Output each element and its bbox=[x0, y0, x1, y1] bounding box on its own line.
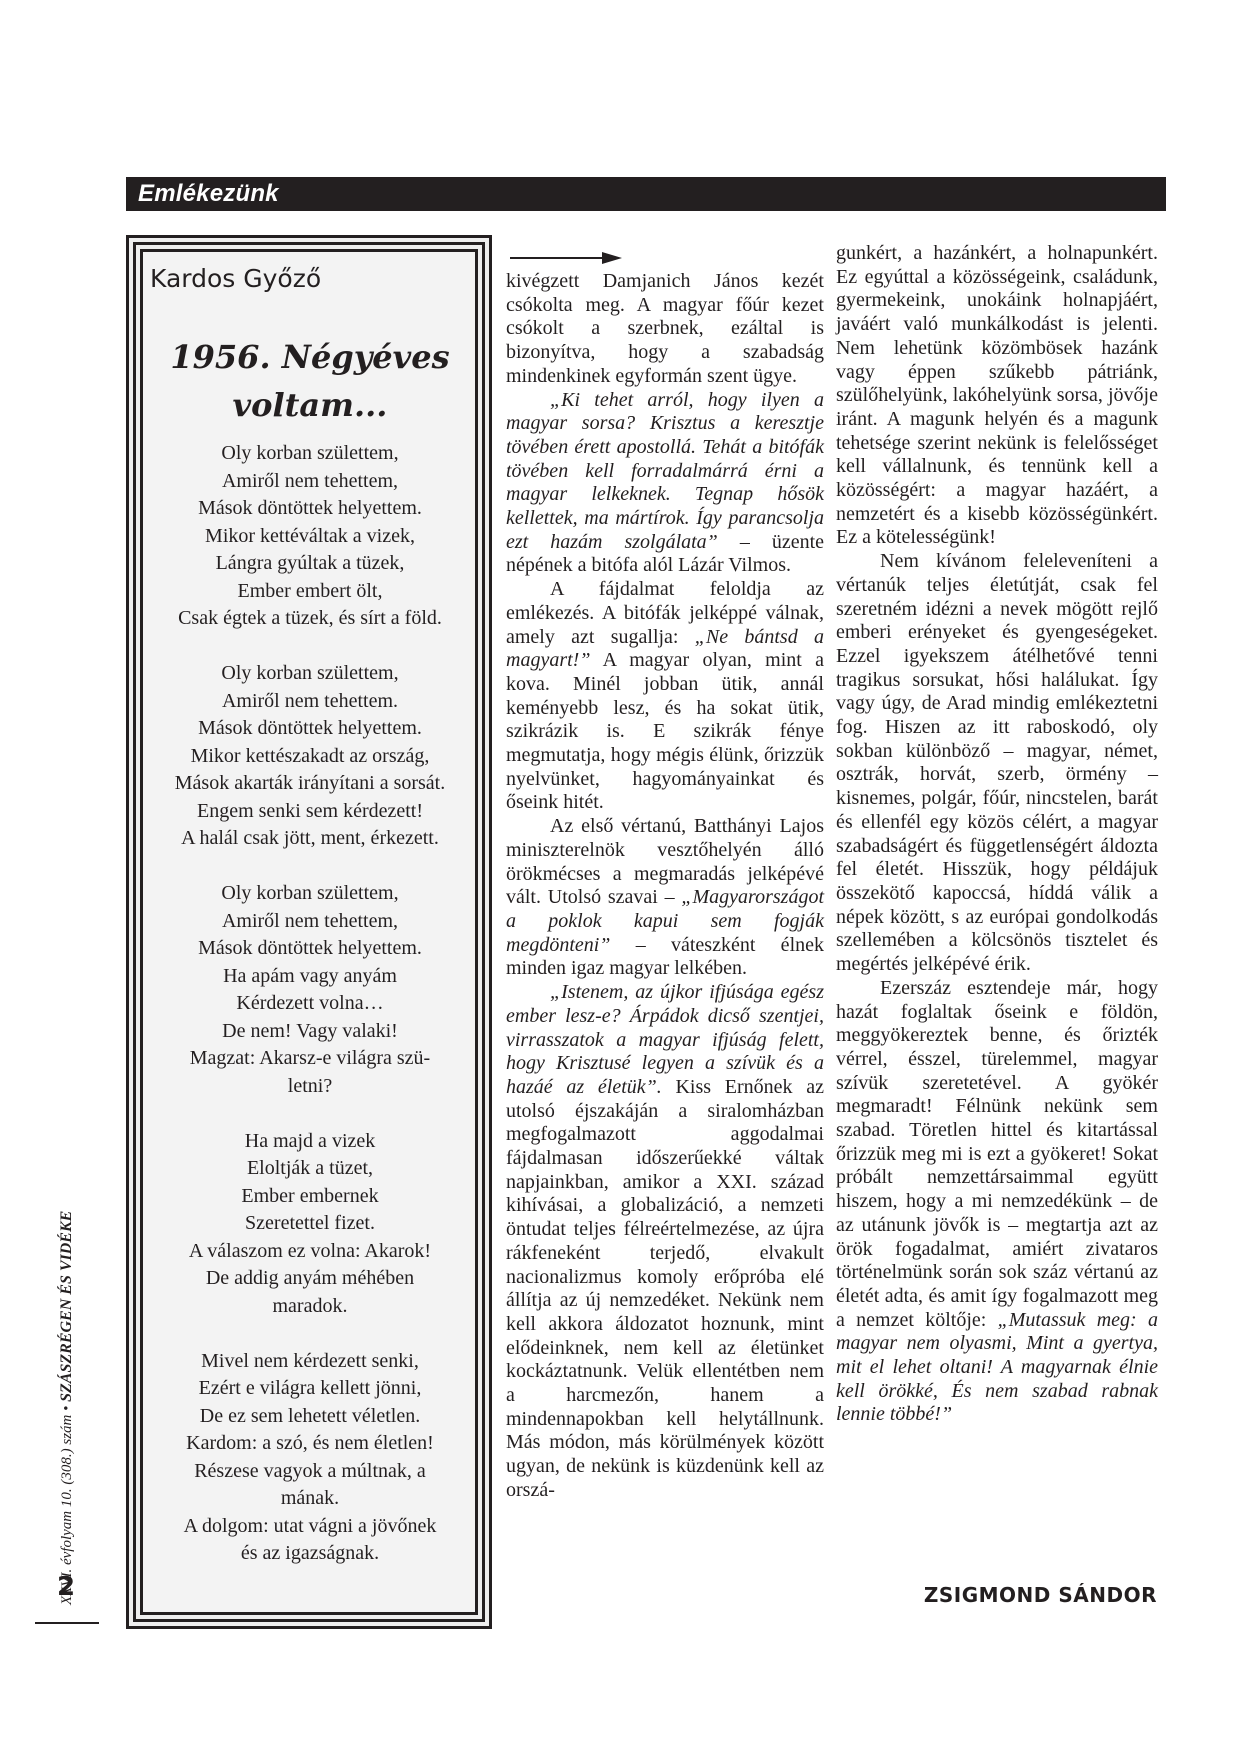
poem-line: De nem! Vagy valaki! bbox=[140, 1018, 480, 1046]
article-paragraph: Ezerszáz esztendeje már, hogy hazát fogl… bbox=[836, 977, 1158, 1427]
section-header-bar: Emlékezünk bbox=[126, 177, 1166, 211]
poem-line: Ember embernek bbox=[140, 1183, 480, 1211]
article-column-3: gunkért, a hazánkért, a holnapunkért. Ez… bbox=[836, 242, 1158, 1427]
poem-line: Oly korban születtem, bbox=[140, 880, 480, 908]
poem-line: Amiről nem tehettem, bbox=[140, 468, 480, 496]
article-signature: ZSIGMOND SÁNDOR bbox=[924, 1583, 1157, 1607]
poem-line: és az igazságnak. bbox=[140, 1540, 480, 1568]
article-paragraph: A fájdalmat feloldja az emlékezés. A bit… bbox=[506, 578, 824, 815]
poem-line: Ha majd a vizek bbox=[140, 1128, 480, 1156]
poem-line: De ez sem lehetett véletlen. bbox=[140, 1403, 480, 1431]
poem-line: Mikor kettészakadt az ország, bbox=[140, 743, 480, 771]
poem-line: Lángra gyúltak a tüzek, bbox=[140, 550, 480, 578]
poem-line: Amiről nem tehettem, bbox=[140, 908, 480, 936]
poem-line: Kérdezett volna… bbox=[140, 990, 480, 1018]
poem-line: Oly korban születtem, bbox=[140, 660, 480, 688]
poem-line: Amiről nem tehettem. bbox=[140, 688, 480, 716]
poem-stanza: Mivel nem kérdezett senki, Ezért e világ… bbox=[140, 1348, 480, 1568]
poem-line: letni? bbox=[140, 1073, 480, 1101]
poem-body: Oly korban születtem, Amiről nem tehette… bbox=[140, 440, 480, 1595]
poem-title-line2: voltam... bbox=[140, 381, 480, 429]
poem-line: mának. bbox=[140, 1485, 480, 1513]
poem-author: Kardos Győző bbox=[150, 264, 321, 293]
article-paragraph: „Ki tehet arról, hogy ilyen a magyar sor… bbox=[506, 389, 824, 579]
poem-line: Oly korban születtem, bbox=[140, 440, 480, 468]
continuation-arrow-icon bbox=[510, 252, 620, 264]
poem-line: A dolgom: utat vágni a jövőnek bbox=[140, 1513, 480, 1541]
poem-line: Mások döntöttek helyettem. bbox=[140, 715, 480, 743]
section-title: Emlékezünk bbox=[138, 180, 279, 208]
publication-name: SZÁSZRÉGEN ÉS VIDÉKE bbox=[58, 1211, 75, 1402]
poem-line: De addig anyám méhében bbox=[140, 1265, 480, 1293]
article-paragraph: kivégzett Damjanich János kezét csókolta… bbox=[506, 270, 824, 389]
poem-line: Eloltják a tüzet, bbox=[140, 1155, 480, 1183]
poem-title-line1: 1956. Négyéves bbox=[140, 333, 480, 381]
article-paragraph: Az első vértanú, Batthányi Lajos miniszt… bbox=[506, 815, 824, 981]
poem-line: Csak égtek a tüzek, és sírt a föld. bbox=[140, 605, 480, 633]
poem-line: maradok. bbox=[140, 1293, 480, 1321]
poem-line: Ezért e világra kellett jönni, bbox=[140, 1375, 480, 1403]
poem-title: 1956. Négyéves voltam... bbox=[140, 333, 480, 429]
poem-line: A halál csak jött, ment, érkezett. bbox=[140, 825, 480, 853]
poem-line: Magzat: Akarsz-e világra szü- bbox=[140, 1045, 480, 1073]
poem-line: Kardom: a szó, és nem életlen! bbox=[140, 1430, 480, 1458]
article-paragraph: gunkért, a hazánkért, a holnapunkért. Ez… bbox=[836, 242, 1158, 550]
poem-stanza: Oly korban születtem, Amiről nem tehette… bbox=[140, 440, 480, 633]
poem-line: Mivel nem kérdezett senki, bbox=[140, 1348, 480, 1376]
article-paragraph: „Istenem, az újkor ifjúsága egész ember … bbox=[506, 981, 824, 1502]
paragraph-text: A magyar olyan, mint a kova. Minél jobba… bbox=[506, 649, 824, 813]
poem-stanza: Oly korban születtem, Amiről nem tehette… bbox=[140, 660, 480, 853]
paragraph-text: Ezerszáz esztendeje már, hogy hazát fogl… bbox=[836, 977, 1158, 1331]
poem-line: Részese vagyok a múltnak, a bbox=[140, 1458, 480, 1486]
poem-line: Engem senki sem kérdezett! bbox=[140, 798, 480, 826]
poem-line: Ha apám vagy anyám bbox=[140, 963, 480, 991]
article-paragraph: Nem kívánom feleleveníteni a vértanúk te… bbox=[836, 550, 1158, 977]
poem-line: Szeretettel fizet. bbox=[140, 1210, 480, 1238]
page-number-rule bbox=[35, 1622, 99, 1624]
poem-line: Mikor kettéváltak a vizek, bbox=[140, 523, 480, 551]
poem-line: A válaszom ez volna: Akarok! bbox=[140, 1238, 480, 1266]
poem-line: Mások döntöttek helyettem. bbox=[140, 935, 480, 963]
poem-stanza: Ha majd a vizek Eloltják a tüzet, Ember … bbox=[140, 1128, 480, 1321]
article-column-2: kivégzett Damjanich János kezét csókolta… bbox=[506, 270, 824, 1503]
poem-line: Mások döntöttek helyettem. bbox=[140, 495, 480, 523]
poem-line: Ember embert ölt, bbox=[140, 578, 480, 606]
quote-lazar: „Ki tehet arról, hogy ilyen a magyar sor… bbox=[506, 389, 824, 553]
poem-stanza: Oly korban születtem, Amiről nem tehette… bbox=[140, 880, 480, 1100]
bullet-separator: • bbox=[59, 1406, 75, 1411]
issue-margin-text: XXVI. évfolyam 10. (308.) szám • SZÁSZRÉ… bbox=[58, 1211, 76, 1605]
poem-line: Mások akarták irányítani a sorsát. bbox=[140, 770, 480, 798]
paragraph-text: Kiss Ernőnek az utolsó éjszakáján a sira… bbox=[506, 1076, 824, 1501]
page-number: 2 bbox=[36, 1572, 96, 1602]
